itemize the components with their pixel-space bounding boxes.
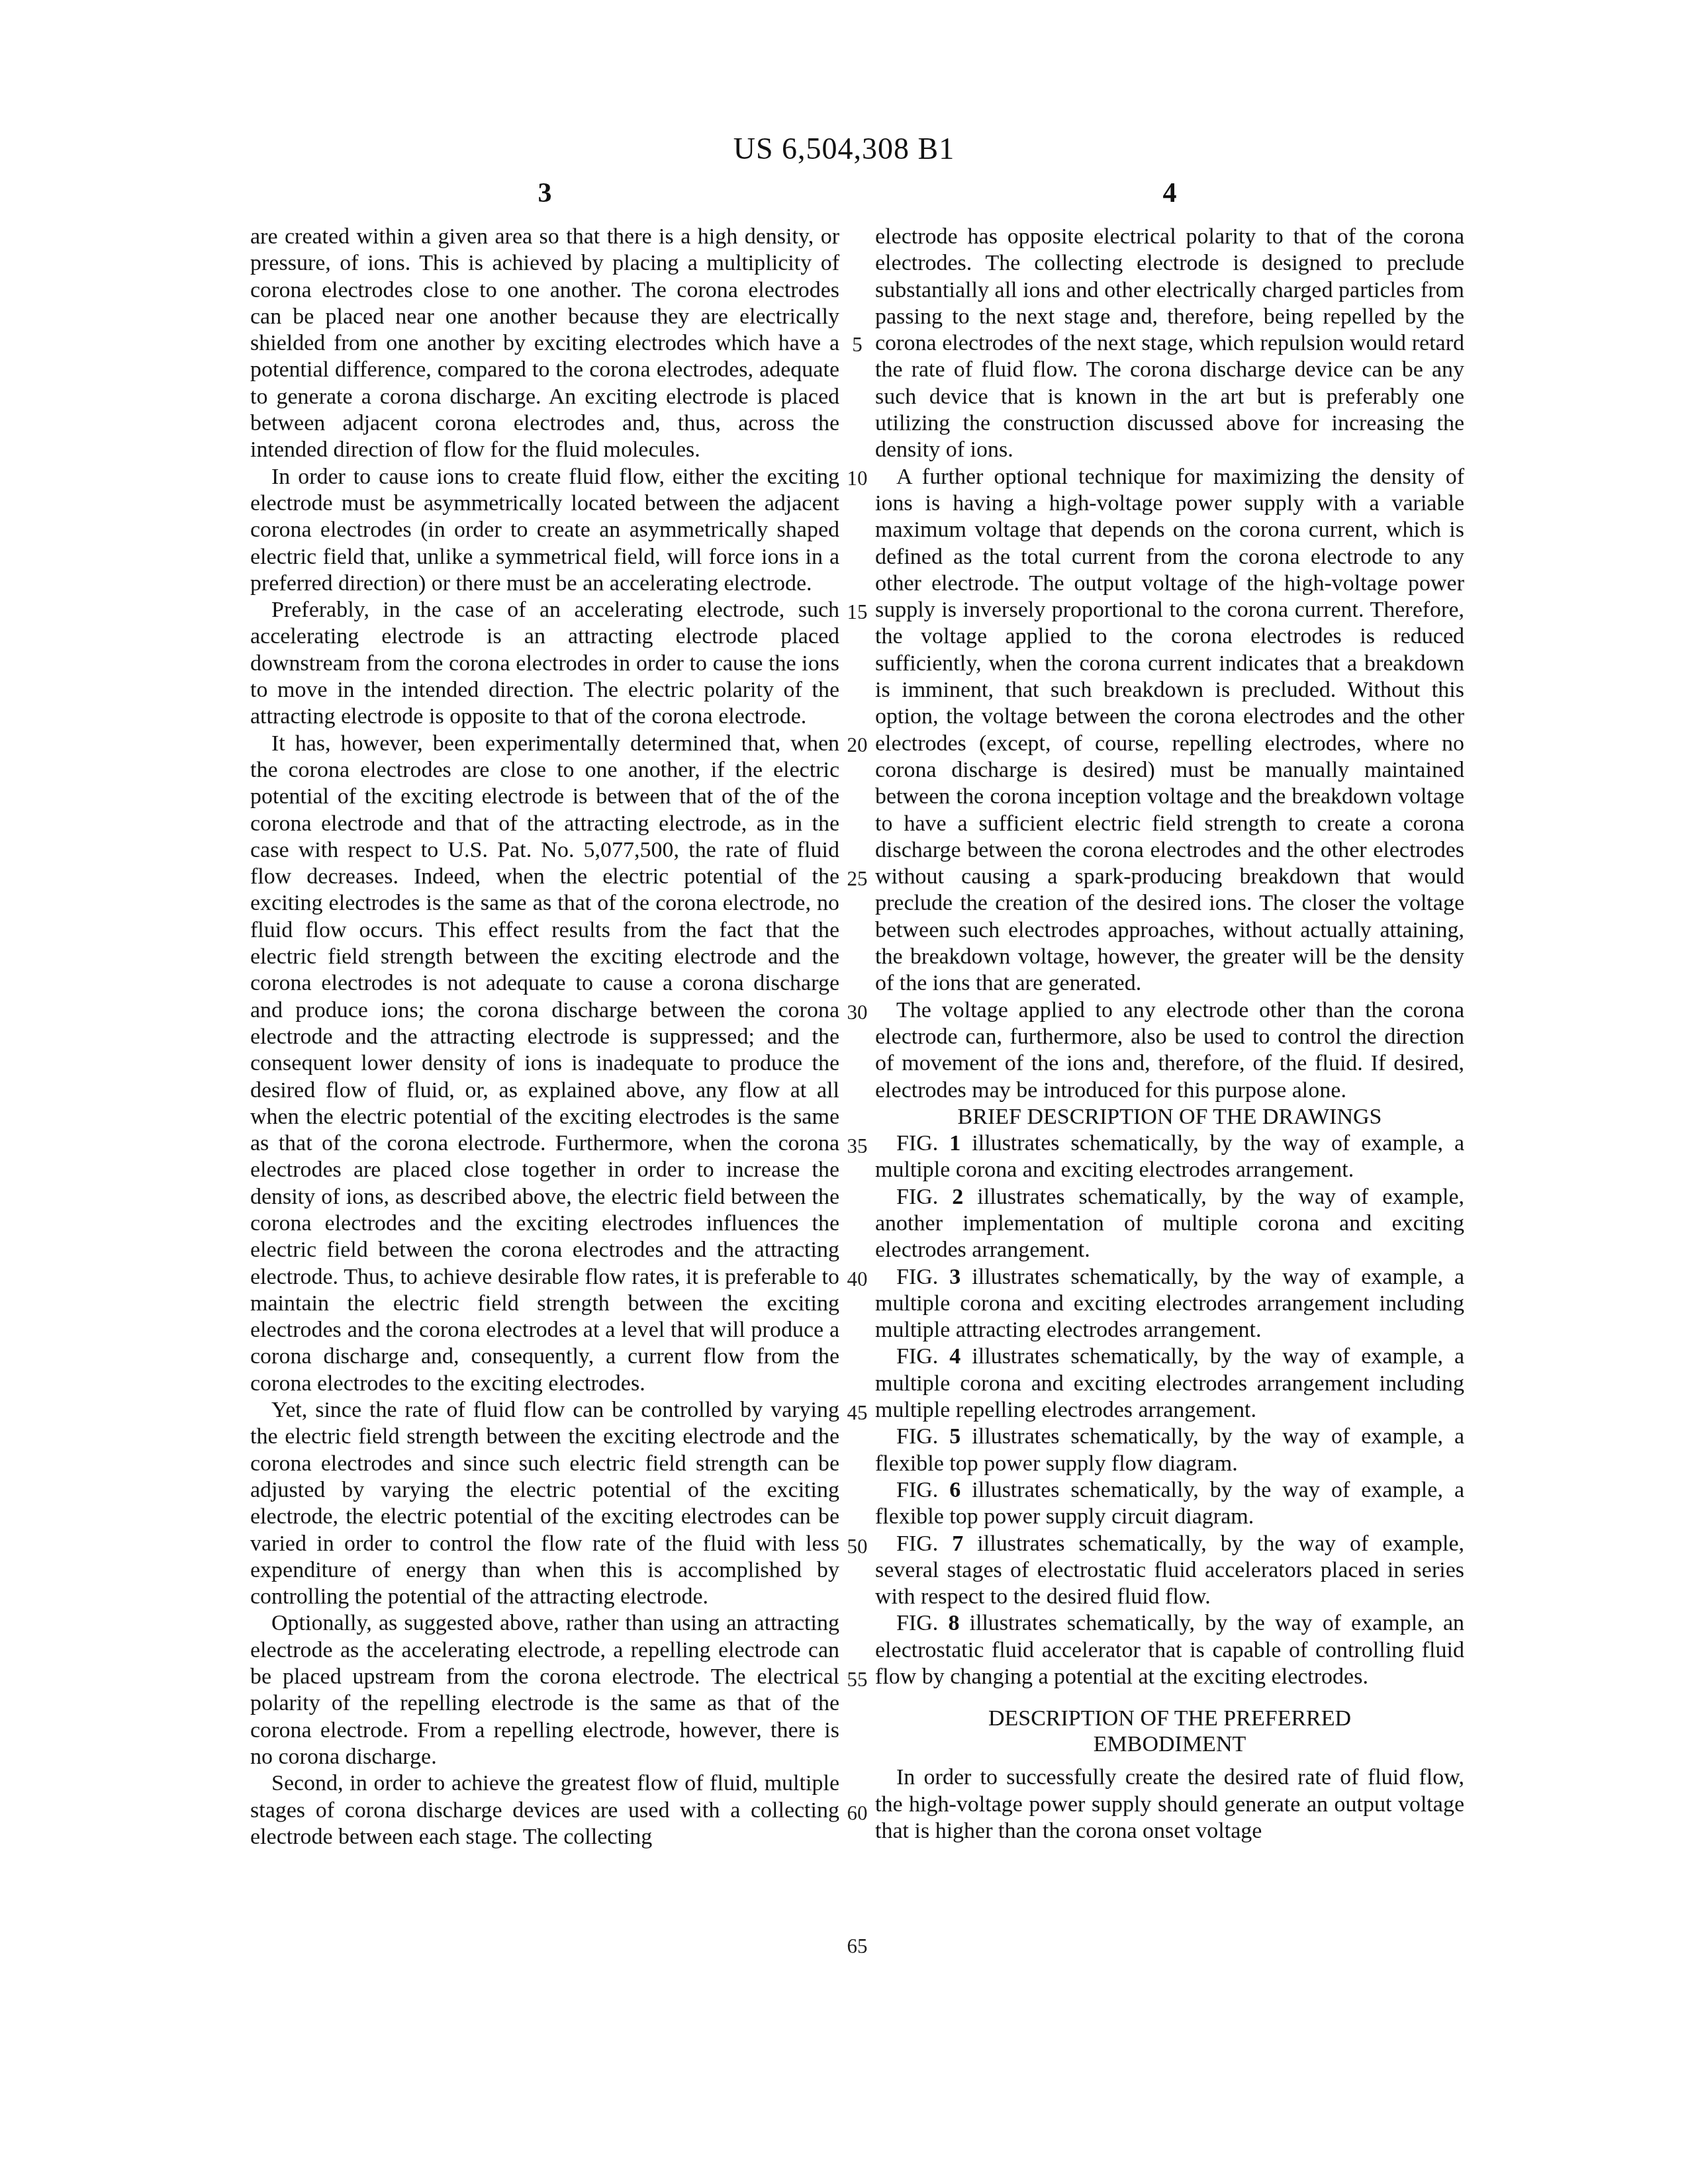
figure-reference-label: FIG. <box>896 1531 952 1556</box>
figure-description-8: FIG. 8 illustrates schematically, by the… <box>875 1610 1464 1690</box>
figure-reference-label: FIG. <box>896 1185 952 1209</box>
figure-reference-label: FIG. <box>896 1478 949 1502</box>
section-heading-drawings: BRIEF DESCRIPTION OF THE DRAWINGS <box>875 1104 1464 1130</box>
line-number-35: 35 <box>835 1133 879 1160</box>
line-number-25: 25 <box>835 866 879 892</box>
paragraph: In order to cause ions to create fluid f… <box>250 464 839 597</box>
figure-description-text: illustrates schematically, by the way of… <box>875 1531 1464 1610</box>
paragraph: A further optional technique for maximiz… <box>875 464 1464 997</box>
figure-description-6: FIG. 6 illustrates schematically, by the… <box>875 1477 1464 1531</box>
figure-description-text: illustrates schematically, by the way of… <box>875 1344 1464 1422</box>
patent-number-header: US 6,504,308 B1 <box>0 131 1688 166</box>
column-number-4: 4 <box>875 177 1464 209</box>
paragraph: Preferably, in the case of an accelerati… <box>250 597 839 730</box>
line-number-10: 10 <box>835 465 879 492</box>
line-number-20: 20 <box>835 732 879 758</box>
figure-reference-label: FIG. <box>896 1265 949 1289</box>
paragraph: In order to successfully create the desi… <box>875 1764 1464 1844</box>
line-number-5: 5 <box>835 332 879 358</box>
figure-reference-number: 6 <box>949 1478 961 1502</box>
line-number-45: 45 <box>835 1400 879 1426</box>
figure-reference-number: 7 <box>952 1531 963 1556</box>
column-number-3: 3 <box>250 177 839 209</box>
figure-description-7: FIG. 7 illustrates schematically, by the… <box>875 1531 1464 1611</box>
figure-description-3: FIG. 3 illustrates schematically, by the… <box>875 1264 1464 1344</box>
figure-reference-label: FIG. <box>896 1611 948 1635</box>
paragraph: It has, however, been experimentally det… <box>250 731 839 1397</box>
figure-description-2: FIG. 2 illustrates schematically, by the… <box>875 1184 1464 1264</box>
figure-description-text: illustrates schematically, by the way of… <box>875 1424 1464 1475</box>
section-heading-description: DESCRIPTION OF THE PREFERRED EMBODIMENT <box>958 1706 1382 1757</box>
figure-reference-number: 4 <box>949 1344 961 1369</box>
line-number-40: 40 <box>835 1266 879 1293</box>
figure-reference-label: FIG. <box>896 1131 949 1156</box>
figure-reference-number: 2 <box>952 1185 963 1209</box>
paragraph-continued: electrode has opposite electrical polari… <box>875 224 1464 464</box>
paragraph: Yet, since the rate of fluid flow can be… <box>250 1397 839 1610</box>
figure-reference-number: 3 <box>949 1265 961 1289</box>
patent-page: US 6,504,308 B1 3 4 5 10 15 20 25 30 35 … <box>0 0 1688 2184</box>
figure-description-text: illustrates schematically, by the way of… <box>875 1611 1464 1689</box>
line-number-65: 65 <box>835 1933 879 1960</box>
column-left: are created within a given area so that … <box>250 224 839 1850</box>
figure-reference-number: 8 <box>948 1611 959 1635</box>
line-number-30: 30 <box>835 999 879 1026</box>
figure-description-5: FIG. 5 illustrates schematically, by the… <box>875 1424 1464 1477</box>
line-number-60: 60 <box>835 1800 879 1827</box>
figure-reference-number: 5 <box>949 1424 961 1449</box>
paragraph: Optionally, as suggested above, rather t… <box>250 1610 839 1770</box>
figure-reference-number: 1 <box>949 1131 961 1156</box>
figure-reference-label: FIG. <box>896 1424 949 1449</box>
figure-description-text: illustrates schematically, by the way of… <box>875 1185 1464 1263</box>
figure-description-4: FIG. 4 illustrates schematically, by the… <box>875 1343 1464 1424</box>
figure-description-text: illustrates schematically, by the way of… <box>875 1131 1464 1182</box>
line-number-55: 55 <box>835 1666 879 1693</box>
line-number-50: 50 <box>835 1533 879 1560</box>
paragraph-continued: are created within a given area so that … <box>250 224 839 464</box>
line-number-15: 15 <box>835 599 879 625</box>
figure-description-1: FIG. 1 illustrates schematically, by the… <box>875 1130 1464 1184</box>
paragraph: The voltage applied to any electrode oth… <box>875 997 1464 1104</box>
paragraph: Second, in order to achieve the greatest… <box>250 1770 839 1850</box>
figure-reference-label: FIG. <box>896 1344 949 1369</box>
column-right: electrode has opposite electrical polari… <box>875 224 1464 1844</box>
figure-description-text: illustrates schematically, by the way of… <box>875 1478 1464 1529</box>
figure-description-text: illustrates schematically, by the way of… <box>875 1265 1464 1343</box>
